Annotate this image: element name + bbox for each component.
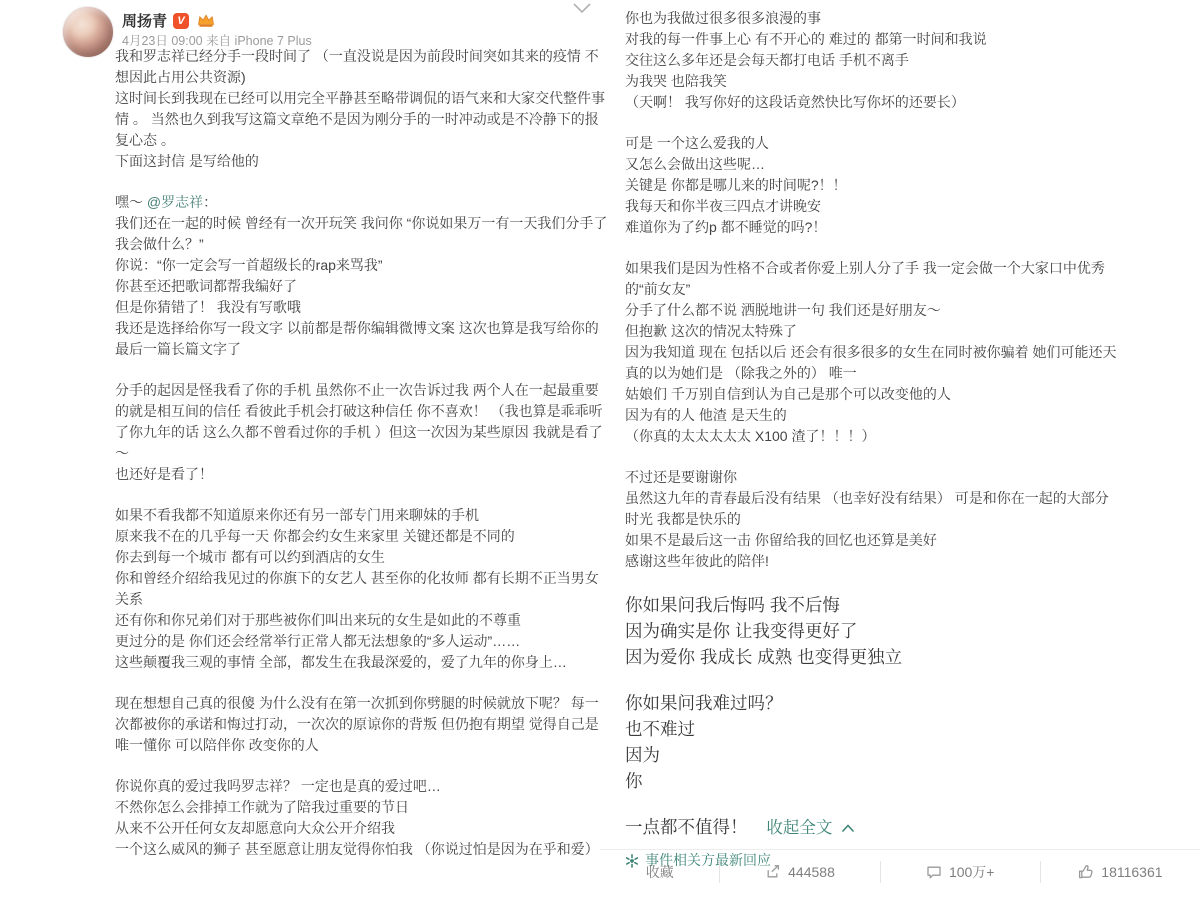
post-line: 可是 一个这么爱我的人 xyxy=(625,133,1117,154)
post-line: 我还是选择给你写一段文字 以前都是帮你编辑微博文案 这次也算是我写给你的最后一篇… xyxy=(115,318,612,360)
post-line: 如果不看我都不知道原来你还有另一部专门用来聊妹的手机 xyxy=(115,505,612,526)
repost-icon xyxy=(765,864,781,880)
post-line: 感谢这些年彼此的陪伴! xyxy=(625,551,1117,572)
post-line: 你 xyxy=(625,768,1117,794)
post-line: 你如果问我后悔吗 我不后悔 xyxy=(625,592,1117,618)
post-line: 不过还是要谢谢你 xyxy=(625,467,1117,488)
post-line: 现在想想自己真的很傻 为什么没有在第一次抓到你劈腿的时候就放下呢？ 每一次都被你… xyxy=(115,693,612,756)
post-line: 又怎么会做出这些呢… xyxy=(625,154,1117,175)
post-line: 这时间长到我现在已经可以用完全平静甚至略带调侃的语气来和大家交代整件事情 。 当… xyxy=(115,88,612,151)
post-line: 对我的每一件事上心 有不开心的 难过的 都第一时间和我说 xyxy=(625,29,1117,50)
post-line: 分手的起因是怪我看了你的手机 虽然你不止一次告诉过我 两个人在一起最重要的就是相… xyxy=(115,380,612,464)
chevron-down-icon[interactable] xyxy=(572,1,592,19)
post-text-column-2: 你也为我做过很多很多浪漫的事对我的每一件事上心 有不开心的 难过的 都第一时间和… xyxy=(625,8,1117,871)
vip-crown-icon xyxy=(197,13,215,28)
post-line: 也还好是看了！ xyxy=(115,464,612,485)
post-line: 虽然这九年的青春最后没有结果 （也幸好没有结果） 可是和你在一起的大部分时光 我… xyxy=(625,488,1117,530)
author-name[interactable]: 周扬青 xyxy=(122,10,167,31)
post-line: 你和曾经介绍给我见过的你旗下的女艺人 甚至你的化妆师 都有长期不正当男女关系 xyxy=(115,568,612,610)
post-paragraph: 如果我们是因为性格不合或者你爱上别人分了手 我一定会做一个大家口中优秀的“前女友… xyxy=(625,258,1117,447)
post-line: 分手了什么都不说 洒脱地讲一句 我们还是好朋友～ xyxy=(625,300,1117,321)
post-text: 嘿～ xyxy=(115,194,147,210)
post-text-column-1: 我和罗志祥已经分手一段时间了 （一直没说是因为前段时间突如其来的疫情 不想因此占… xyxy=(115,46,612,880)
post-line: （天啊！ 我写你好的这段话竟然快比写你坏的还要长） xyxy=(625,92,1117,113)
like-count: 18116361 xyxy=(1101,864,1162,880)
post-line: 交往这么多年还是会每天都打电话 手机不离手 xyxy=(625,50,1117,71)
post-line: 还有你和你兄弟们对于那些被你们叫出来玩的女生是如此的不尊重 xyxy=(115,610,612,631)
comment-icon xyxy=(926,864,942,880)
chevron-up-icon xyxy=(841,824,855,833)
post-line: 如果我们是因为性格不合或者你爱上别人分了手 我一定会做一个大家口中优秀的“前女友… xyxy=(625,258,1117,300)
closing-line: 一点都不值得！ 收起全文 xyxy=(625,814,1117,841)
post-line: 更过分的是 你们还会经常举行正常人都无法想象的“多人运动”…… xyxy=(115,631,612,652)
post-paragraph: 如果不看我都不知道原来你还有另一部专门用来聊妹的手机原来我不在的几乎每一天 你都… xyxy=(115,505,612,673)
post-line: 难道你为了约p 都不睡觉的吗?！ xyxy=(625,217,1117,238)
post-line: 我每天和你半夜三四点才讲晚安 xyxy=(625,196,1117,217)
post-line: 但抱歉 这次的情况太特殊了 xyxy=(625,321,1117,342)
post-paragraph: 嘿～ @罗志祥：我们还在一起的时候 曾经有一次开玩笑 我问你 “你说如果万一有一… xyxy=(115,192,612,360)
post-line: 为我哭 也陪我笑 xyxy=(625,71,1117,92)
collapse-full-text-link[interactable]: 收起全文 xyxy=(766,815,855,841)
post-line: 你去到每一个城市 都有可以约到酒店的女生 xyxy=(115,547,612,568)
post-line: （你真的太太太太太 X100 渣了！！！） xyxy=(625,426,1117,447)
avatar[interactable] xyxy=(62,6,114,58)
post-paragraph: 不过还是要谢谢你虽然这九年的青春最后没有结果 （也幸好没有结果） 可是和你在一起… xyxy=(625,467,1117,572)
post-paragraph: 可是 一个这么爱我的人又怎么会做出这些呢…关键是 你都是哪儿来的时间呢?！！我每… xyxy=(625,133,1117,238)
post-paragraph: 现在想想自己真的很傻 为什么没有在第一次抓到你劈腿的时候就放下呢？ 每一次都被你… xyxy=(115,693,612,756)
post-line: 因为我知道 现在 包括以后 还会有很多很多的女生在同时被你骗着 她们可能还天真的… xyxy=(625,342,1117,384)
post-text-right: 你也为我做过很多很多浪漫的事对我的每一件事上心 有不开心的 难过的 都第一时间和… xyxy=(625,8,1117,572)
post-line: 下面这封信 是写给他的 xyxy=(115,151,612,172)
like-icon xyxy=(1078,864,1094,880)
closing-text: 一点都不值得！ xyxy=(625,817,748,837)
post-paragraph: 你也为我做过很多很多浪漫的事对我的每一件事上心 有不开心的 难过的 都第一时间和… xyxy=(625,8,1117,113)
post-paragraph: 你如果问我难过吗？也不难过因为你 xyxy=(625,690,1117,794)
action-bar: 收藏 444588 100万+ xyxy=(600,849,1200,894)
post-line: 关键是 你都是哪儿来的时间呢?！！ xyxy=(625,175,1117,196)
post-line: 你说：“你一定会写一首超级长的rap来骂我” xyxy=(115,255,612,276)
like-button[interactable]: 18116361 xyxy=(1041,850,1200,894)
favorite-label: 收藏 xyxy=(646,862,674,882)
post-line: 姑娘们 千万别自信到认为自己是那个可以改变他的人 xyxy=(625,384,1117,405)
post-line: 你也为我做过很多很多浪漫的事 xyxy=(625,8,1117,29)
repost-button[interactable]: 444588 xyxy=(720,850,879,894)
post-text-large-2: 你如果问我难过吗？也不难过因为你 xyxy=(625,690,1117,794)
post-line: 这些颠覆我三观的事情 全部，都发生在我最深爱的，爱了九年的你身上… xyxy=(115,652,612,673)
post-line: 因为 xyxy=(625,742,1117,768)
mention-link[interactable]: @罗志祥 xyxy=(147,194,203,210)
post-paragraph: 你如果问我后悔吗 我不后悔因为确实是你 让我变得更好了因为爱你 我成长 成熟 也… xyxy=(625,592,1117,670)
post-line: 我们还在一起的时候 曾经有一次开玩笑 我问你 “你说如果万一有一天我们分手了我会… xyxy=(115,213,612,255)
repost-count: 444588 xyxy=(788,864,835,880)
post-line: 一个这么威风的狮子 甚至愿意让朋友觉得你怕我 （你说过怕是因为在乎和爱） xyxy=(115,839,612,860)
post-paragraph: 我和罗志祥已经分手一段时间了 （一直没说是因为前段时间突如其来的疫情 不想因此占… xyxy=(115,46,612,172)
post-paragraph: 你说你真的爱过我吗罗志祥？ 一定也是真的爱过吧…不然你怎么会排掉工作就为了陪我过… xyxy=(115,776,612,860)
post-line: 不然你怎么会排掉工作就为了陪我过重要的节日 xyxy=(115,797,612,818)
post-line: 也不难过 xyxy=(625,716,1117,742)
post-line: 因为确实是你 让我变得更好了 xyxy=(625,618,1117,644)
weibo-post-page: 周扬青 V 4月23日 09:00 来自 iPhone 7 Plus 我和罗志祥… xyxy=(0,0,1200,900)
favorite-button[interactable]: 收藏 xyxy=(600,850,719,894)
comment-count: 100万+ xyxy=(949,862,995,882)
post-text-large-1: 你如果问我后悔吗 我不后悔因为确实是你 让我变得更好了因为爱你 我成长 成熟 也… xyxy=(625,592,1117,670)
post-line: 你说你真的爱过我吗罗志祥？ 一定也是真的爱过吧… xyxy=(115,776,612,797)
post-line: 我和罗志祥已经分手一段时间了 （一直没说是因为前段时间突如其来的疫情 不想因此占… xyxy=(115,46,612,88)
post-line: 因为有的人 他渣 是天生的 xyxy=(625,405,1117,426)
post-line: 但是你猜错了！ 我没有写歌哦 xyxy=(115,297,612,318)
post-line: 从来不公开任何女友却愿意向大众公开介绍我 xyxy=(115,818,612,839)
post-line: 你甚至还把歌词都帮我编好了 xyxy=(115,276,612,297)
post-line: 你如果问我难过吗？ xyxy=(625,690,1117,716)
verified-badge-icon: V xyxy=(173,13,189,29)
post-line: 如果不是最后这一击 你留给我的回忆也还算是美好 xyxy=(625,530,1117,551)
post-line: 因为爱你 我成长 成熟 也变得更独立 xyxy=(625,644,1117,670)
post-line: 原来我不在的几乎每一天 你都会约女生来家里 关键还都是不同的 xyxy=(115,526,612,547)
post-text: ： xyxy=(203,194,217,210)
post-paragraph: 分手的起因是怪我看了你的手机 虽然你不止一次告诉过我 两个人在一起最重要的就是相… xyxy=(115,380,612,485)
post-line: 嘿～ @罗志祥： xyxy=(115,192,612,213)
comment-button[interactable]: 100万+ xyxy=(881,850,1040,894)
